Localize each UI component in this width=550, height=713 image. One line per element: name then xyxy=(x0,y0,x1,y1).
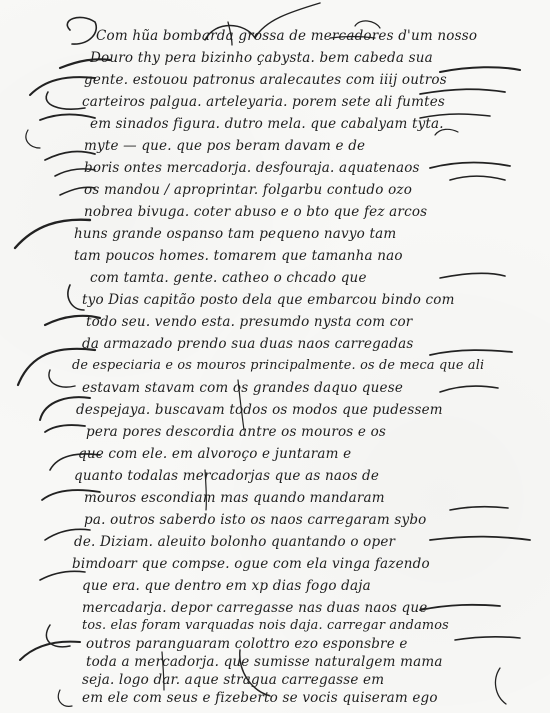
manuscript-page: Com hũa bombarda grossa de mercadores d'… xyxy=(0,0,550,713)
manuscript-line: tyo Dias capitão posto dela que embarcou… xyxy=(82,292,455,308)
manuscript-line: carteiros palgua. arteleyaria. porem set… xyxy=(82,94,445,110)
manuscript-line: outros paranguaram colottro ezo esponsbr… xyxy=(86,636,408,652)
manuscript-line: boris ontes mercadorja. desfouraja. aqua… xyxy=(84,160,420,176)
manuscript-line: pera pores descordia antre os mouros e o… xyxy=(86,424,386,440)
manuscript-line: que era. que dentro em xp dias fogo daja xyxy=(82,578,371,594)
manuscript-line: myte — que. que pos beram davam e de xyxy=(84,138,365,154)
manuscript-line: estavam stavam com os grandes daquo ques… xyxy=(82,380,403,396)
manuscript-line: de. Diziam. aleuito bolonho quantando o … xyxy=(74,534,395,550)
manuscript-line: seja. logo dar. aque stragua carregasse … xyxy=(82,672,384,688)
manuscript-line: mercadarja. depor carregasse nas duas na… xyxy=(82,600,427,616)
manuscript-line: de especiaria e os mouros principalmente… xyxy=(72,358,484,373)
manuscript-line: os mandou / aproprintar. folgarbu contud… xyxy=(84,182,412,198)
manuscript-line: Com hũa bombarda grossa de mercadores d'… xyxy=(96,28,477,44)
manuscript-line: em ele com seus e fizeberto se vocis qui… xyxy=(82,690,438,706)
manuscript-line: pa. outros saberdo isto os naos carregar… xyxy=(84,512,426,528)
manuscript-line: todo seu. vendo esta. presumdo nysta com… xyxy=(86,314,412,330)
manuscript-line: mouros escondiam mas quando mandaram xyxy=(84,490,385,506)
manuscript-line: com tamta. gente. catheo o chcado que xyxy=(90,270,367,286)
manuscript-line: Douro thy pera bizinho çabysta. bem cabe… xyxy=(90,50,433,66)
manuscript-line: despejaya. buscavam todos os modos que p… xyxy=(76,402,443,418)
manuscript-line: tos. elas foram varquadas nois daja. car… xyxy=(82,618,449,633)
manuscript-line: gente. estouou patronus aralecautes com … xyxy=(84,72,447,88)
manuscript-line: bimdoarr que compse. ogue com ela vinga … xyxy=(72,556,430,572)
manuscript-line: da armazado prendo sua duas naos carrega… xyxy=(82,336,413,352)
manuscript-line: nobrea bivuga. coter abuso e o bto que f… xyxy=(84,204,427,220)
manuscript-line: que com ele. em alvoroço e juntaram e xyxy=(78,446,351,462)
manuscript-line: huns grande ospanso tam pequeno navyo ta… xyxy=(74,226,396,242)
manuscript-line: toda a mercadorja. que sumisse naturalge… xyxy=(86,654,443,670)
manuscript-line: quanto todalas mercadorjas que as naos d… xyxy=(74,468,379,484)
manuscript-line: tam poucos homes. tomarem que tamanha na… xyxy=(74,248,403,264)
manuscript-line: em sinados figura. dutro mela. que cabal… xyxy=(90,116,444,132)
